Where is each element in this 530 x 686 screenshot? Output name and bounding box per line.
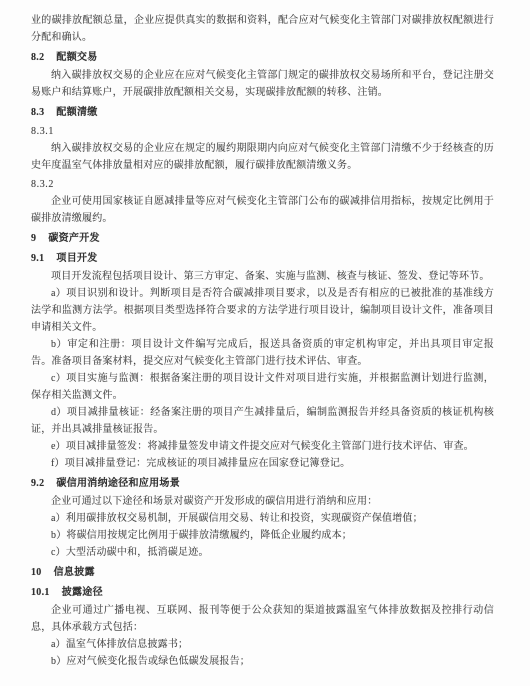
paragraph: 纳入碳排放权交易的企业应在应对气候变化主管部门规定的碳排放权交易场所和平台，登记… bbox=[31, 67, 494, 101]
list-item-b: b）审定和注册：项目设计文件编写完成后，报送具备资质的审定机构审定，并出具项目审… bbox=[31, 336, 494, 370]
clause-number: 10.1 bbox=[31, 584, 50, 601]
section-heading-9-1: 9.1项目开发 bbox=[31, 250, 494, 267]
clause-number: 10 bbox=[31, 564, 42, 581]
clause-number: 9.1 bbox=[31, 250, 44, 267]
paragraph: 纳入碳排放权交易的企业应在规定的履约期限期内向应对气候变化主管部门清缴不少于经核… bbox=[31, 140, 494, 174]
section-heading-8-3: 8.3配额清缴 bbox=[31, 104, 494, 121]
clause-title: 项目开发 bbox=[56, 253, 97, 264]
subclause-number-8-3-2: 8.3.2 bbox=[31, 176, 494, 193]
clause-title: 配额交易 bbox=[56, 52, 97, 63]
clause-number: 9 bbox=[31, 230, 36, 247]
section-heading-10: 10信息披露 bbox=[31, 564, 494, 581]
section-heading-9-2: 9.2碳信用消纳途径和应用场景 bbox=[31, 475, 494, 492]
list-item-a: a）温室气体排放信息披露书； bbox=[31, 636, 494, 653]
clause-title: 披露途径 bbox=[62, 587, 103, 598]
list-item-d: d）项目减排量核证：经备案注册的项目产生减排量后，编制监测报告并经具备资质的核证… bbox=[31, 404, 494, 438]
section-heading-10-1: 10.1披露途径 bbox=[31, 584, 494, 601]
paragraph: 项目开发流程包括项目设计、第三方审定、备案、实施与监测、核查与核证、签发、登记等… bbox=[31, 268, 494, 285]
clause-title: 配额清缴 bbox=[56, 107, 97, 118]
list-item-c: c）大型活动碳中和，抵消碳足迹。 bbox=[31, 544, 494, 561]
clause-number: 8.3 bbox=[31, 104, 44, 121]
clause-number: 8.2 bbox=[31, 49, 44, 66]
list-item-a: a）利用碳排放权交易机制，开展碳信用交易、转让和投资，实现碳资产保值增值； bbox=[31, 510, 494, 527]
paragraph: 企业可通过广播电视、互联网、报刊等便于公众获知的渠道披露温室气体排放数据及控排行… bbox=[31, 602, 494, 636]
clause-title: 信息披露 bbox=[54, 567, 95, 578]
section-heading-9: 9碳资产开发 bbox=[31, 230, 494, 247]
list-item-a: a）项目识别和设计。判断项目是否符合碳减排项目要求，以及是否有相应的已被批准的基… bbox=[31, 285, 494, 336]
clause-title: 碳资产开发 bbox=[48, 233, 100, 244]
subclause-number-8-3-1: 8.3.1 bbox=[31, 123, 494, 140]
section-heading-8-2: 8.2配额交易 bbox=[31, 49, 494, 66]
list-item-c: c）项目实施与监测：根据备案注册的项目设计文件对项目进行实施，并根据监测计划进行… bbox=[31, 370, 494, 404]
paragraph: 业的碳排放配额总量，企业应提供真实的数据和资料，配合应对气候变化主管部门对碳排放… bbox=[31, 12, 494, 46]
list-item-f: f）项目减排量登记：完成核证的项目减排量应在国家登记簿登记。 bbox=[31, 455, 494, 472]
list-item-b: b）将碳信用按规定比例用于碳排放清缴履约，降低企业履约成本； bbox=[31, 527, 494, 544]
list-item-b: b）应对气候变化报告或绿色低碳发展报告； bbox=[31, 653, 494, 670]
paragraph: 企业可使用国家核证自愿减排量等应对气候变化主管部门公布的碳减排信用指标，按规定比… bbox=[31, 193, 494, 227]
clause-title: 碳信用消纳途径和应用场景 bbox=[56, 478, 180, 489]
clause-number: 9.2 bbox=[31, 475, 44, 492]
list-item-e: e）项目减排量签发：将减排量签发申请文件提交应对气候变化主管部门进行技术评估、审… bbox=[31, 438, 494, 455]
document-page: 业的碳排放配额总量，企业应提供真实的数据和资料，配合应对气候变化主管部门对碳排放… bbox=[0, 0, 530, 686]
paragraph: 企业可通过以下途径和场景对碳资产开发形成的碳信用进行消纳和应用： bbox=[31, 493, 494, 510]
